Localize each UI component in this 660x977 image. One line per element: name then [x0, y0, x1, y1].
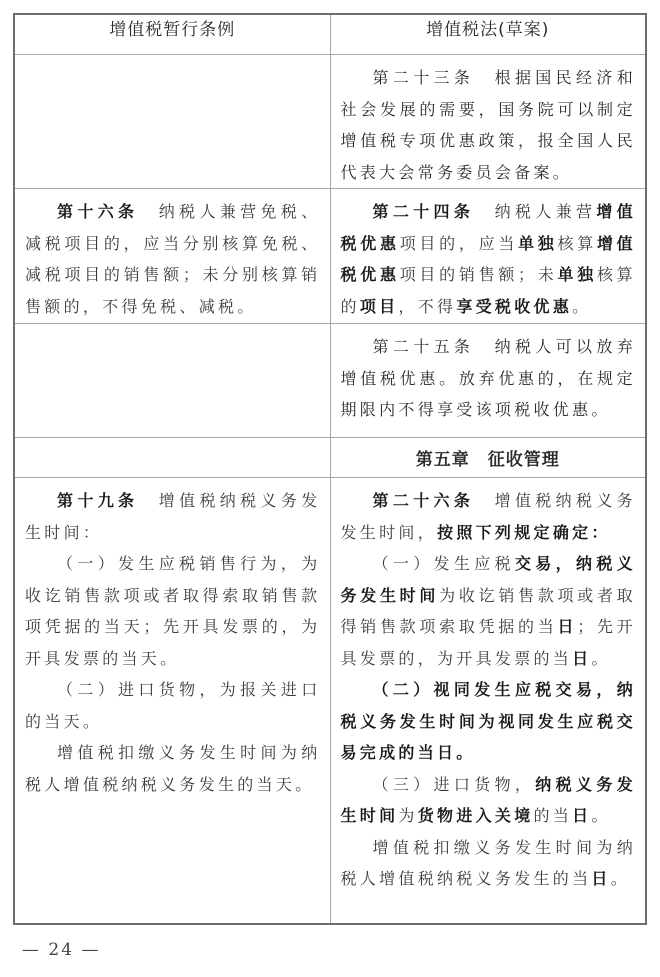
bold-text-run: 日 — [572, 649, 591, 668]
header-old-regulation: 增值税暂行条例 — [14, 14, 330, 55]
paragraph: 增值税扣缴义务发生时间为纳税人增值税纳税义务发生的当日。 — [341, 832, 637, 895]
paragraph: （二）视同发生应税交易，纳税义务发生时间为视同发生应税交易完成的当日。 — [341, 674, 637, 769]
table-row-article-24: 第十六条 纳税人兼营免税、减税项目的，应当分别核算免税、减税项目的销售额；未分别… — [14, 189, 646, 324]
text-run: 。 — [572, 297, 591, 316]
paragraph: 第二十五条 纳税人可以放弃增值税优惠。放弃优惠的，在规定期限内不得享受该项税收优… — [341, 331, 637, 426]
comparison-table: 增值税暂行条例 增值税法(草案) 第二十三条 根据国民经济和社会发展的需要，国务… — [13, 13, 647, 925]
text-run: （二）进口货物，为报关进口的当天。 — [25, 680, 321, 731]
bold-text-run: 日 — [591, 869, 610, 888]
text-run: （一）发生应税 — [373, 554, 515, 573]
bold-text-run: 第十九条 — [57, 491, 138, 510]
text-run: （一）发生应税销售行为，为收讫销售款项或者取得索取销售款项凭据的当天；先开具发票… — [25, 554, 321, 668]
text-run: ，不得 — [398, 297, 456, 316]
text-run: 项目的，应当 — [400, 234, 518, 253]
text-run: 。 — [591, 649, 610, 668]
text-run: （三）进口货物， — [373, 775, 536, 794]
paragraph: （一）发生应税销售行为，为收讫销售款项或者取得索取销售款项凭据的当天；先开具发票… — [25, 548, 321, 674]
bold-text-run: 日 — [572, 806, 591, 825]
text-run: 为 — [398, 806, 417, 825]
bold-text-run: 第十六条 — [57, 202, 138, 221]
paragraph: （一）发生应税交易，纳税义务发生时间为收讫销售款项或者取得销售款项索取凭据的当日… — [341, 548, 637, 674]
paragraph: 第十九条 增值税纳税义务发生时间： — [25, 485, 321, 548]
cell-left-article-16: 第十六条 纳税人兼营免税、减税项目的，应当分别核算免税、减税项目的销售额；未分别… — [14, 189, 330, 324]
chapter-title: 第五章 征收管理 — [330, 438, 646, 478]
paragraph: 第二十四条 纳税人兼营增值税优惠项目的，应当单独核算增值税优惠项目的销售额；未单… — [341, 196, 637, 322]
table-header-row: 增值税暂行条例 增值税法(草案) — [14, 14, 646, 55]
paragraph: 第十六条 纳税人兼营免税、减税项目的，应当分别核算免税、减税项目的销售额；未分别… — [25, 196, 321, 322]
table-row-article-23: 第二十三条 根据国民经济和社会发展的需要，国务院可以制定增值税专项优惠政策，报全… — [14, 55, 646, 189]
cell-left-empty — [14, 55, 330, 189]
cell-right-article-25: 第二十五条 纳税人可以放弃增值税优惠。放弃优惠的，在规定期限内不得享受该项税收优… — [330, 324, 646, 438]
paragraph: （三）进口货物，纳税义务发生时间为货物进入关境的当日。 — [341, 769, 637, 832]
table-row-article-25: 第二十五条 纳税人可以放弃增值税优惠。放弃优惠的，在规定期限内不得享受该项税收优… — [14, 324, 646, 438]
text-run: 纳税人兼营 — [474, 202, 596, 221]
table-row-chapter-5: 第五章 征收管理 — [14, 438, 646, 478]
document-page: 增值税暂行条例 增值税法(草案) 第二十三条 根据国民经济和社会发展的需要，国务… — [0, 0, 660, 977]
text-run: 第二十三条 根据国民经济和社会发展的需要，国务院可以制定增值税专项优惠政策，报全… — [341, 68, 637, 182]
text-run: 增值税扣缴义务发生时间为纳税人增值税纳税义务发生的当天。 — [25, 743, 321, 794]
paragraph: 第二十三条 根据国民经济和社会发展的需要，国务院可以制定增值税专项优惠政策，报全… — [341, 62, 637, 188]
bold-text-run: 货物进入关境 — [418, 806, 534, 825]
table-row-article-26: 第十九条 增值税纳税义务发生时间：（一）发生应税销售行为，为收讫销售款项或者取得… — [14, 478, 646, 924]
bold-text-run: 第二十四条 — [373, 202, 475, 221]
cell-right-article-23: 第二十三条 根据国民经济和社会发展的需要，国务院可以制定增值税专项优惠政策，报全… — [330, 55, 646, 189]
bold-text-run: 享受税收优惠 — [456, 297, 572, 316]
cell-left-empty — [14, 324, 330, 438]
bold-text-run: 按照下列规定确定： — [437, 523, 611, 542]
paragraph: 第二十六条 增值税纳税义务发生时间，按照下列规定确定： — [341, 485, 637, 548]
text-run: 。 — [591, 806, 610, 825]
text-run: 的当 — [534, 806, 573, 825]
bold-text-run: 第二十六条 — [373, 491, 475, 510]
cell-right-article-24: 第二十四条 纳税人兼营增值税优惠项目的，应当单独核算增值税优惠项目的销售额；未单… — [330, 189, 646, 324]
header-new-law-draft: 增值税法(草案) — [330, 14, 646, 55]
bold-text-run: 日 — [558, 617, 578, 636]
text-run: 第二十五条 纳税人可以放弃增值税优惠。放弃优惠的，在规定期限内不得享受该项税收优… — [341, 337, 637, 419]
cell-left-article-19: 第十九条 增值税纳税义务发生时间：（一）发生应税销售行为，为收讫销售款项或者取得… — [14, 478, 330, 924]
text-run: 项目的销售额；未 — [400, 265, 558, 284]
bold-text-run: （二）视同发生应税交易，纳税义务发生时间为视同发生应税交易完成的当日。 — [341, 680, 637, 762]
bold-text-run: 项目 — [360, 297, 399, 316]
text-run: 。 — [611, 869, 630, 888]
cell-right-article-26: 第二十六条 增值税纳税义务发生时间，按照下列规定确定：（一）发生应税交易，纳税义… — [330, 478, 646, 924]
page-number: — 24 — — [22, 940, 100, 960]
text-run: 核算 — [558, 234, 597, 253]
paragraph: （二）进口货物，为报关进口的当天。 — [25, 674, 321, 737]
bold-text-run: 单独 — [518, 234, 557, 253]
bold-text-run: 单独 — [558, 265, 597, 284]
cell-left-empty — [14, 438, 330, 478]
paragraph: 增值税扣缴义务发生时间为纳税人增值税纳税义务发生的当天。 — [25, 737, 321, 800]
